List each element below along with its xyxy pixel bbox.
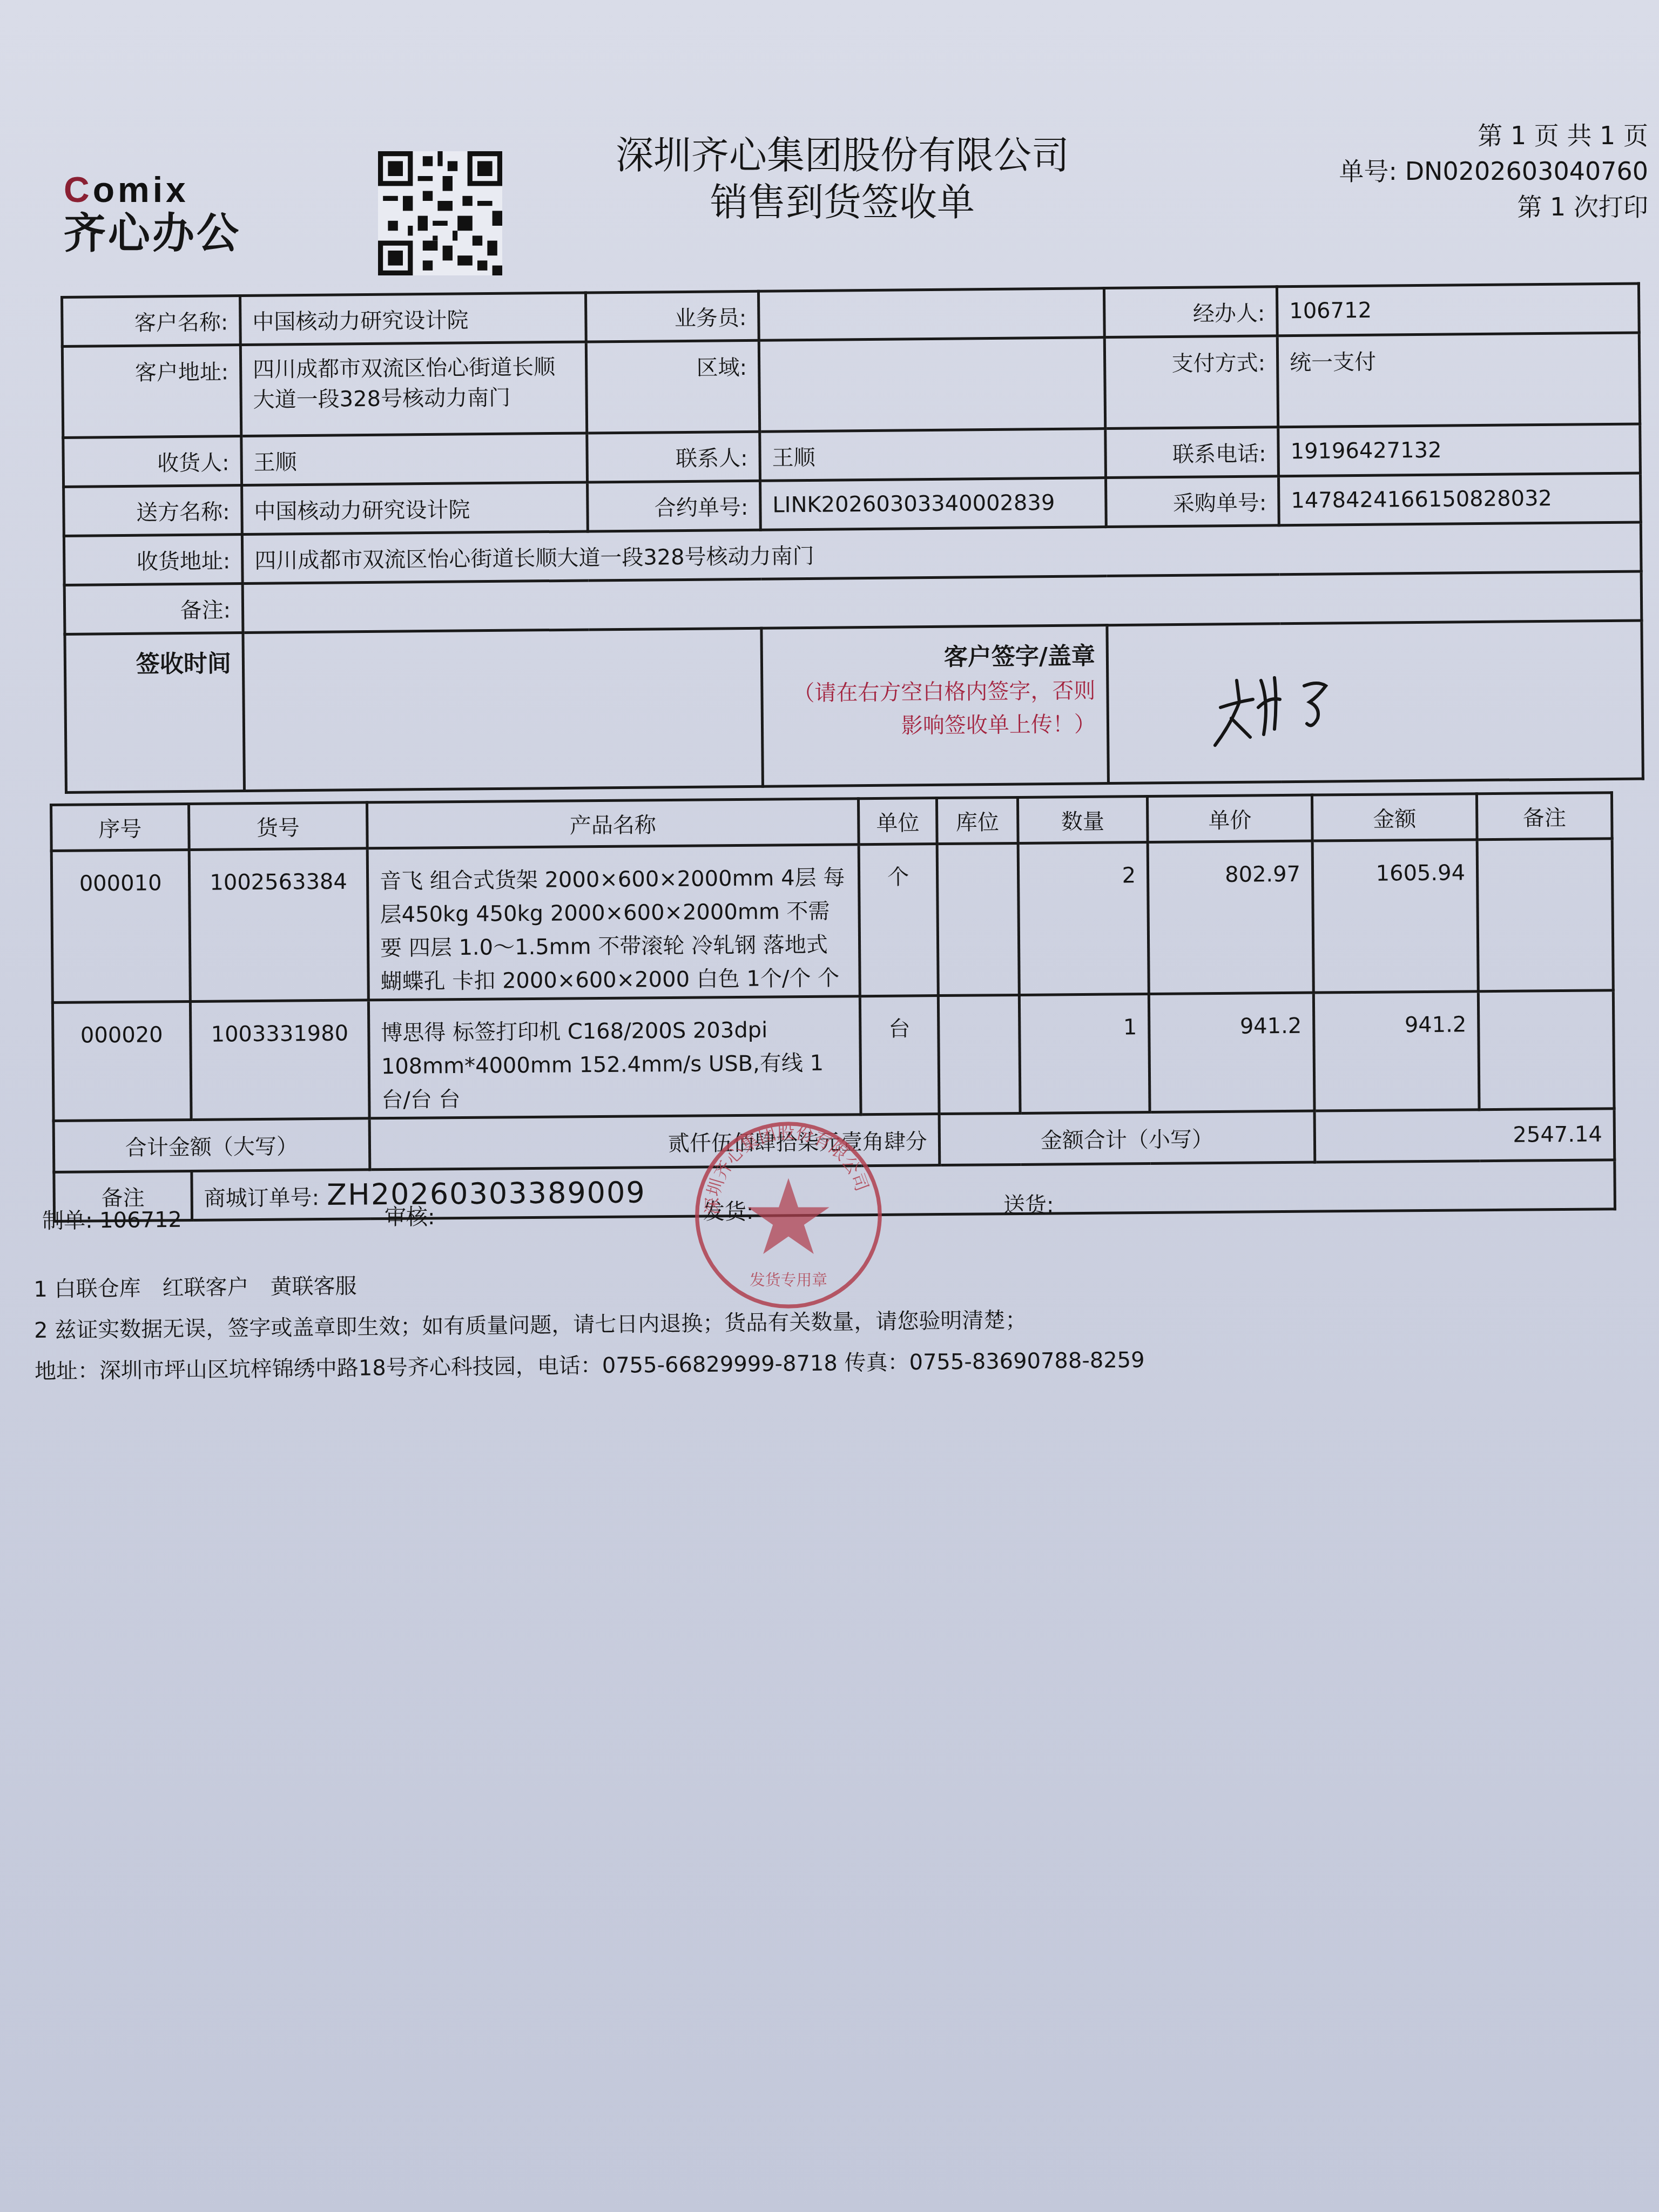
cell-remark [1478,990,1614,1110]
cell-name: 音飞 组合式货架 2000×600×2000mm 4层 每层450kg 450k… [367,845,860,1000]
column-header: 数量 [1017,797,1148,844]
cell-name: 博思得 标签打印机 C168/200S 203dpi 108mm*4000mm … [368,996,861,1118]
column-header: 单位 [858,798,937,845]
customer-sign-label-cell: 客户签字/盖章 （请在右方空白格内签字，否则 影响签收单上传！） [761,625,1109,787]
cell-location [937,843,1019,995]
mall-order-number: ZH20260303389009 [327,1175,646,1212]
payment-value: 统一支付 [1277,333,1640,427]
customer-sign-label: 客户签字/盖章 [774,636,1096,673]
remark-label: 备注: [64,584,243,635]
sign-note: （请在右方空白格内签字，否则 影响签收单上传！） [774,674,1096,744]
customer-name-label: 客户名称: [62,296,241,347]
contract-value: LINK20260303340002839 [760,478,1107,530]
total-lower-label: 金额合计（小写） [939,1111,1315,1165]
receiver-value: 王顺 [241,433,588,485]
document-meta: 第 1 页 共 1 页 单号: DN0202603040760 第 1 次打印 [1339,118,1648,225]
column-header: 库位 [936,797,1018,844]
delivery-address-label: 收货地址: [64,535,242,585]
cell-unit: 台 [860,996,939,1115]
phone-value: 19196427132 [1278,424,1641,476]
cell-seq: 000010 [51,849,190,1002]
region-label: 区域: [586,340,759,433]
column-header: 金额 [1312,794,1477,841]
customer-info-table: 客户名称: 中国核动力研究设计院 业务员: 经办人: 106712 客户地址: … [60,282,1644,793]
logo-en-text: omix [93,170,189,210]
ship-to-value: 中国核动力研究设计院 [242,482,588,535]
contact-label: 联系人: [587,431,760,482]
column-header: 备注 [1476,793,1612,840]
salesman-label: 业务员: [585,291,759,342]
svg-text:发货专用章: 发货专用章 [750,1271,827,1289]
logo-first-letter: C [64,170,93,210]
total-upper-label: 合计金额（大写） [53,1118,370,1172]
purchase-label: 采购单号: [1106,476,1279,527]
mall-order-label: 商城订单号: [204,1185,320,1211]
handler-value: 106712 [1277,284,1639,336]
cell-seq: 000020 [52,1001,191,1121]
column-header: 货号 [189,802,368,850]
footer-notes: 1 白联仓库 红联客户 黄联客服 2 兹证实数据无误，签字或盖章即生效；如有质量… [33,1257,1145,1392]
cell-qty: 1 [1019,994,1150,1114]
cell-price: 802.97 [1148,841,1313,994]
sign-time-field[interactable] [243,628,763,791]
total-lower-value: 2547.14 [1314,1109,1615,1162]
customer-address-value: 四川成都市双流区怡心街道长顺大道一段328号核动力南门 [240,342,586,436]
ship-to-label: 送方名称: [64,485,242,536]
comix-logo: Comix 齐心办公 [64,172,241,255]
receiver-label: 收货人: [63,436,242,487]
customer-address-label: 客户地址: [62,345,241,438]
sign-time-label: 签收时间 [65,633,245,793]
company-seal-icon: 深圳齐心集团股份有限公司 发货专用章 [691,1118,886,1312]
salesman-value [758,288,1104,341]
document-title: 销售到货签收单 [605,180,1080,225]
company-name: 深圳齐心集团股份有限公司 [605,134,1080,178]
cell-amount: 1605.94 [1312,840,1478,993]
column-header: 产品名称 [367,799,859,848]
page-info: 第 1 页 共 1 页 [1339,118,1648,153]
review-label: 审核: [385,1200,435,1231]
logo-cn-text: 齐心办公 [64,213,241,255]
column-header: 单价 [1147,795,1312,842]
contract-label: 合约单号: [588,481,761,531]
table-row: 0000101002563384音飞 组合式货架 2000×600×2000mm… [51,839,1613,1003]
order-number: 单号: DN0202603040760 [1339,153,1648,189]
cell-remark [1477,839,1613,992]
cell-location [938,995,1020,1114]
table-row: 0000201003331980博思得 标签打印机 C168/200S 203d… [52,990,1614,1121]
cell-sku: 1003331980 [190,1000,369,1120]
cell-price: 941.2 [1149,993,1314,1112]
cell-sku: 1002563384 [189,848,368,1002]
purchase-value: 1478424166150828032 [1278,473,1641,525]
maker: 制单: 106712 [42,1203,182,1235]
cell-amount: 941.2 [1313,992,1479,1111]
info-row: 客户地址: 四川成都市双流区怡心街道长顺大道一段328号核动力南门 区域: 支付… [62,333,1640,437]
region-value [759,338,1105,432]
qr-code-icon [378,151,502,275]
delivery-receipt-page: Comix 齐心办公 深圳齐心集团股份有限公司 销售到货签收单 第 1 页 共 … [0,0,1659,2212]
cell-unit: 个 [859,844,938,996]
handler-label: 经办人: [1104,287,1277,338]
print-count: 第 1 次打印 [1339,189,1648,225]
cell-qty: 2 [1018,842,1149,995]
deliver-label: 送货: [1003,1188,1054,1219]
handwritten-signature-icon: 签名（手写） [1210,670,1382,751]
signature-row: 签收时间 客户签字/盖章 （请在右方空白格内签字，否则 影响签收单上传！） [65,621,1643,792]
customer-name-value: 中国核动力研究设计院 [240,293,586,345]
payment-label: 支付方式: [1104,336,1278,429]
column-header: 序号 [51,804,190,851]
contact-value: 王顺 [760,429,1106,481]
document-title-block: 深圳齐心集团股份有限公司 销售到货签收单 [605,134,1080,225]
phone-label: 联系电话: [1105,427,1279,478]
